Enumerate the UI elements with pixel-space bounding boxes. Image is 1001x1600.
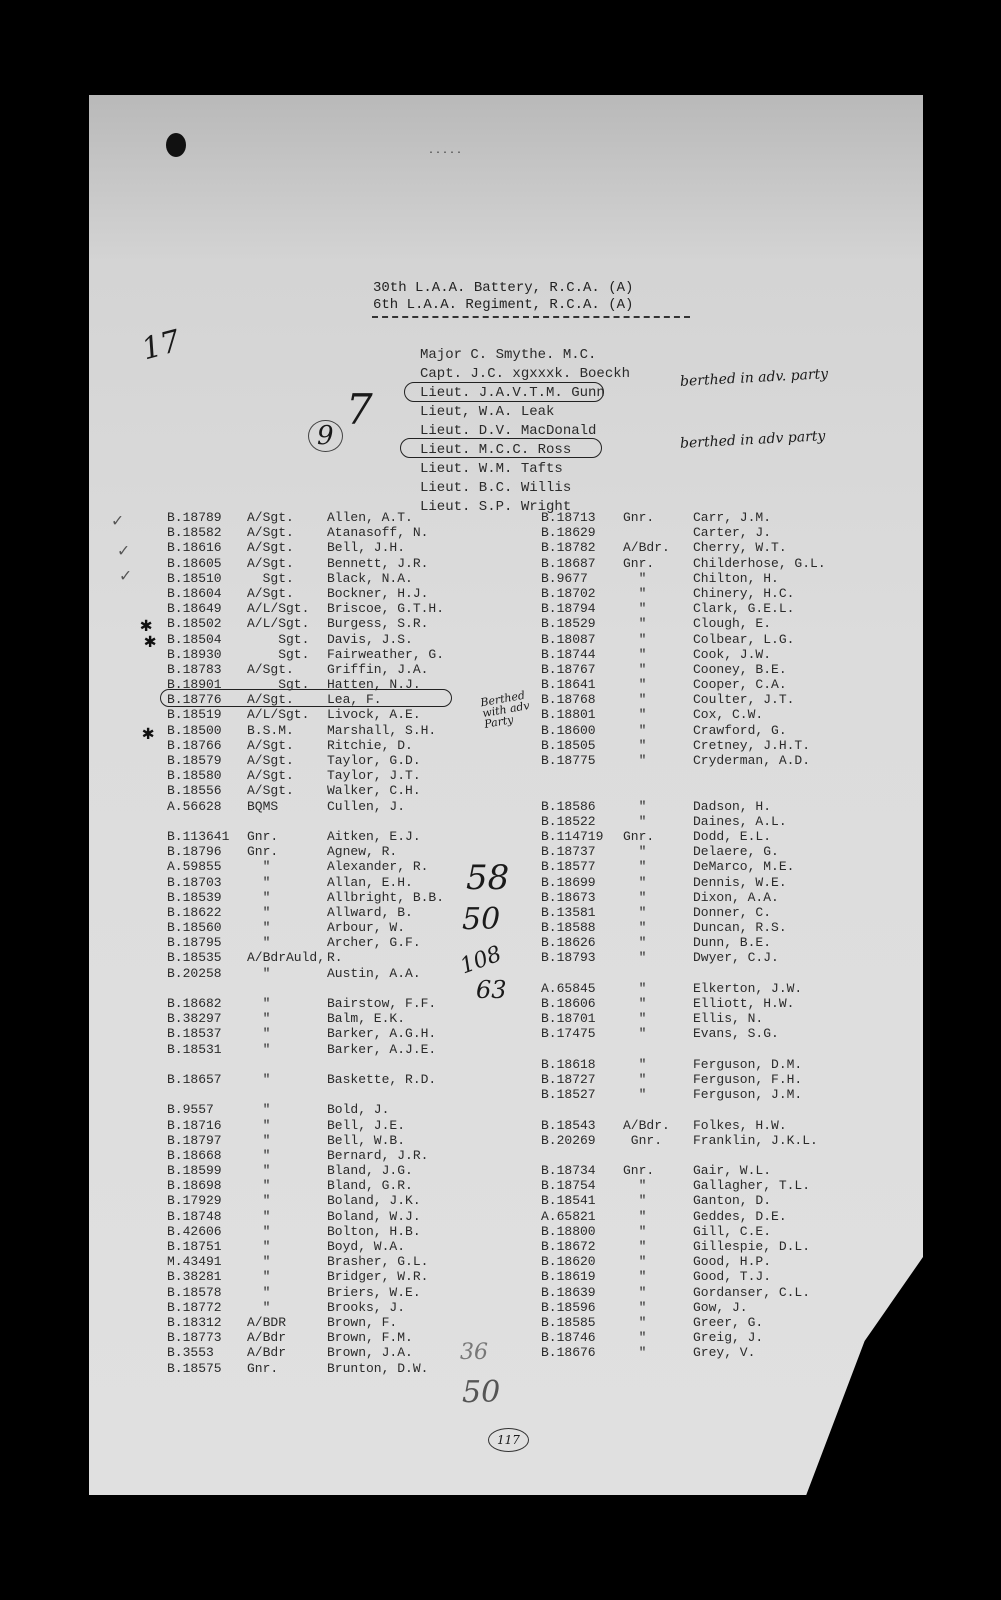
roster-name: Ferguson, J.M. [693,1087,802,1102]
check-mark: ✓ [120,565,131,587]
roster-row: B.18767 "Cooney, B.E. [541,662,826,677]
roster-rank: " [623,707,693,722]
roster-num: B.18505 [541,738,623,753]
roster-num: B.38297 [167,1011,247,1026]
roster-row: B.18713Gnr.Carr, J.M. [541,510,826,525]
row-gap [167,1057,444,1072]
star-mark: ✱ [144,628,156,654]
roster-rank: " [623,616,693,631]
roster-row: B.18539 "Allbright, B.B. [167,890,444,905]
roster-row: B.18797 "Bell, W.B. [167,1133,444,1148]
roster-rank: " [623,814,693,829]
roster-name: Boland, W.J. [327,1209,421,1224]
roster-name: Gill, C.E. [693,1224,771,1239]
roster-num: B.18522 [541,814,623,829]
roster-num: B.13581 [541,905,623,920]
roster-name: Ellis, N. [693,1011,763,1026]
roster-num: B.17475 [541,1026,623,1041]
annotation-63: 63 [476,976,507,1004]
roster-name: Dennis, W.E. [693,875,787,890]
roster-rank: BQMS [247,799,327,814]
roster-rank: " [247,1042,327,1057]
roster-row: B.18616A/Sgt.Bell, J.H. [167,540,444,555]
roster-num: B.18560 [167,920,247,935]
roster-row: B.18682 "Bairstow, F.F. [167,996,444,1011]
roster-num: B.18703 [167,875,247,890]
roster-name: Franklin, J.K.L. [693,1133,818,1148]
roster-rank: " [247,996,327,1011]
annotation-circled-9: 9 [308,420,343,452]
roster-rank: " [623,1315,693,1330]
roster-rank: " [623,1193,693,1208]
roster-rank: Gnr. [623,829,693,844]
roster-num: B.18773 [167,1330,247,1345]
roster-rank: " [623,950,693,965]
roster-row: B.18676 "Grey, V. [541,1345,826,1360]
roster-name: Cherry, W.T. [693,540,787,555]
roster-name: Brooks, J. [327,1300,405,1315]
roster-rank: " [623,920,693,935]
roster-num: B.18504 [167,632,247,647]
roster-row: B.18629Carter, J. [541,525,826,540]
roster-name: Allen, A.T. [327,510,413,525]
roster-num: B.18600 [541,723,623,738]
roster-row: B.18535A/BdrAuld,R. [167,950,444,965]
roster-name: Geddes, D.E. [693,1209,787,1224]
roster-row: B.18702 "Chinery, H.C. [541,586,826,601]
roster-name: Brown, F.M. [327,1330,413,1345]
roster-name: Cox, C.W. [693,707,763,722]
roster-row: B.38281 "Bridger, W.R. [167,1269,444,1284]
roster-num: B.18767 [541,662,623,677]
roster-num: B.18579 [167,753,247,768]
roster-rank: A/Sgt. [247,586,327,601]
roster-row: B.18641 "Cooper, C.A. [541,677,826,692]
roster-name: Allbright, B.B. [327,890,444,905]
roster-row: B.18766A/Sgt.Ritchie, D. [167,738,444,753]
roster-rank: Gnr. [247,1361,327,1376]
roster-rank: A/Sgt. [247,540,327,555]
roster-rank: A/Sgt. [247,768,327,783]
row-gap [167,814,444,829]
roster-name: Bold, J. [327,1102,389,1117]
roster-name: Brunton, D.W. [327,1361,428,1376]
roster-num: B.18698 [167,1178,247,1193]
officer-row: Lieut. B.C. Willis [420,479,630,498]
roster-row: B.18687Gnr.Childerhose, G.L. [541,556,826,571]
roster-name: Cullen, J. [327,799,405,814]
roster-row: B.18543A/Bdr.Folkes, H.W. [541,1118,826,1133]
roster-num: B.18605 [167,556,247,571]
roster-rank: Gnr. [623,510,693,525]
roster-name: Good, H.P. [693,1254,771,1269]
roster-name: Allan, E.H. [327,875,413,890]
roster-name: Ritchie, D. [327,738,413,753]
roster-num: B.18626 [541,935,623,950]
roster-name: Elkerton, J.W. [693,981,802,996]
roster-rank: " [623,799,693,814]
roster-row: B.18783A/Sgt.Griffin, J.A. [167,662,444,677]
roster-num: B.18529 [541,616,623,631]
roster-rank: A/Bdr. [623,1118,693,1133]
roster-rank: " [247,1163,327,1178]
roster-name: Boland, J.K. [327,1193,421,1208]
roster-rank: A/Sgt. [247,753,327,768]
roster-rank: " [247,966,327,981]
roster-name: Crawford, G. [693,723,787,738]
roster-num: B.18751 [167,1239,247,1254]
roster-num: B.18673 [541,890,623,905]
roster-name: Brown, F. [327,1315,397,1330]
roster-num: B.18701 [541,1011,623,1026]
roster-name: Davis, J.S. [327,632,413,647]
roster-num: B.18797 [167,1133,247,1148]
roster-rank: Sgt. [247,571,327,586]
roster-num: B.3553 [167,1345,247,1360]
roster-row: B.18794 "Clark, G.E.L. [541,601,826,616]
roster-name: Dwyer, C.J. [693,950,779,965]
roster-row: B.18801 "Cox, C.W. [541,707,826,722]
roster-rank: A/Sgt. [247,738,327,753]
roster-row: B.18751 "Boyd, W.A. [167,1239,444,1254]
roster-row: B.18622 "Allward, B. [167,905,444,920]
row-gap [541,966,826,981]
roster-rank: " [623,1345,693,1360]
roster-rank: " [623,1224,693,1239]
roster-num: A.56628 [167,799,247,814]
roster-name: Cryderman, A.D. [693,753,810,768]
roster-name: Arbour, W. [327,920,405,935]
roster-name: Bockner, H.J. [327,586,428,601]
roster-name: Bell, J.H. [327,540,405,555]
roster-row: B.17475 "Evans, S.G. [541,1026,826,1041]
roster-name: Ferguson, D.M. [693,1057,802,1072]
roster-row: B.18531 "Barker, A.J.E. [167,1042,444,1057]
roster-name: Childerhose, G.L. [693,556,826,571]
roster-num: A.65845 [541,981,623,996]
roster-name: Delaere, G. [693,844,779,859]
roster-name: Livock, A.E. [327,707,421,722]
roster-num: B.18537 [167,1026,247,1041]
roster-row: B.9677 "Chilton, H. [541,571,826,586]
roster-row: B.20258 "Austin, A.A. [167,966,444,981]
roster-num: B.18783 [167,662,247,677]
roster-name: Barker, A.J.E. [327,1042,436,1057]
row-gap [541,768,826,783]
annotation-7: 7 [346,385,373,434]
roster-name: Clark, G.E.L. [693,601,794,616]
roster-rank: " [623,996,693,1011]
roster-row: B.18577 "DeMarco, M.E. [541,859,826,874]
officer-row: Major C. Smythe. M.C. [420,346,630,365]
roster-num: B.18800 [541,1224,623,1239]
roster-name: Evans, S.G. [693,1026,779,1041]
row-gap [541,783,826,798]
roster-rank: A/Bdr [247,1345,327,1360]
roster-rank: Gnr. [623,556,693,571]
roster-name: Duncan, R.S. [693,920,787,935]
roster-num: B.18782 [541,540,623,555]
roster-row: B.18775 "Cryderman, A.D. [541,753,826,768]
roster-row: A.56628BQMSCullen, J. [167,799,444,814]
roster-row: B.113641Gnr.Aitken, E.J. [167,829,444,844]
roster-name: Bland, G.R. [327,1178,413,1193]
roster-row: B.18586 "Dadson, H. [541,799,826,814]
roster-rank: " [623,677,693,692]
roster-num: B.18676 [541,1345,623,1360]
roster-row: B.18701 "Ellis, N. [541,1011,826,1026]
roster-rank: " [623,1285,693,1300]
roster-row: B.18087 "Colbear, L.G. [541,632,826,647]
roster-row: B.18793 "Dwyer, C.J. [541,950,826,965]
roster-rank: " [247,1193,327,1208]
roster-num: B.18766 [167,738,247,753]
roster-name: Taylor, G.D. [327,753,421,768]
roster-rank: " [247,1102,327,1117]
roster-row: B.18626 "Dunn, B.E. [541,935,826,950]
roster-name: Daines, A.L. [693,814,787,829]
star-mark: ✱ [142,720,154,746]
roster-num: B.18716 [167,1118,247,1133]
roster-name: Gillespie, D.L. [693,1239,810,1254]
roster-rank: " [623,753,693,768]
roster-name: Barker, A.G.H. [327,1026,436,1041]
roster-rank: " [623,1026,693,1041]
roster-num: B.20258 [167,966,247,981]
roster-num: B.18699 [541,875,623,890]
roster-num: B.18734 [541,1163,623,1178]
roster-num: B.18737 [541,844,623,859]
roster-num: B.18772 [167,1300,247,1315]
roster-num: B.18754 [541,1178,623,1193]
roster-num: B.18657 [167,1072,247,1087]
roster-row: B.18606 "Elliott, H.W. [541,996,826,1011]
roster-row: B.18588 "Duncan, R.S. [541,920,826,935]
roster-num: B.18746 [541,1330,623,1345]
roster-rank: " [247,1118,327,1133]
roster-rank: " [247,1148,327,1163]
roster-rank: " [623,905,693,920]
roster-row: B.18604A/Sgt.Bockner, H.J. [167,586,444,601]
roster-name: Baskette, R.D. [327,1072,436,1087]
roster-name: Burgess, S.R. [327,616,428,631]
right-roster-column: B.18713Gnr.Carr, J.M.B.18629Carter, J.B.… [541,510,826,1361]
roster-row: B.18672 "Gillespie, D.L. [541,1239,826,1254]
roster-rank: Gnr. [247,829,327,844]
roster-rank: " [623,738,693,753]
roster-name: Grey, V. [693,1345,755,1360]
roster-num: B.18744 [541,647,623,662]
roster-name: Walker, C.H. [327,783,421,798]
roster-rank: " [623,1011,693,1026]
roster-name: Bell, J.E. [327,1118,405,1133]
roster-rank: " [247,905,327,920]
roster-num: B.18616 [167,540,247,555]
roster-num: B.18596 [541,1300,623,1315]
roster-name: Greig, J. [693,1330,763,1345]
roster-name: Briscoe, G.T.H. [327,601,444,616]
roster-num: B.18794 [541,601,623,616]
roster-rank: " [247,1269,327,1284]
roster-rank: " [623,1254,693,1269]
roster-name: Briers, W.E. [327,1285,421,1300]
roster-row: B.18657 "Baskette, R.D. [167,1072,444,1087]
roster-rank: A/BdrAuld, [247,950,327,965]
annotation-circled-117: 117 [488,1428,529,1452]
roster-rank: " [623,647,693,662]
annotation-36: 36 [460,1340,488,1365]
roster-row: B.18519A/L/Sgt.Livock, A.E. [167,707,444,722]
roster-rank: " [623,692,693,707]
roster-row: A.59855 "Alexander, R. [167,859,444,874]
roster-row: B.18312A/BDRBrown, F. [167,1315,444,1330]
roster-name: Aitken, E.J. [327,829,421,844]
check-mark: ✓ [112,510,123,532]
roster-num: B.18795 [167,935,247,950]
roster-name: Bland, J.G. [327,1163,413,1178]
roster-name: Ganton, D. [693,1193,771,1208]
roster-name: Greer, G. [693,1315,763,1330]
roster-rank: A/L/Sgt. [247,601,327,616]
roster-name: Donner, C. [693,905,771,920]
roster-row: B.18673 "Dixon, A.A. [541,890,826,905]
roster-row: B.18560 "Arbour, W. [167,920,444,935]
roster-row: B.18703 "Allan, E.H. [167,875,444,890]
roster-num: B.9557 [167,1102,247,1117]
roster-rank: " [623,1300,693,1315]
roster-num: B.18641 [541,677,623,692]
roster-name: Colbear, L.G. [693,632,794,647]
roster-rank: " [623,935,693,950]
roster-name: Taylor, J.T. [327,768,421,783]
roster-row: B.18699 "Dennis, W.E. [541,875,826,890]
roster-row: B.18772 "Brooks, J. [167,1300,444,1315]
roster-name: Bernard, J.R. [327,1148,428,1163]
roster-num: B.18768 [541,692,623,707]
roster-name: Chinery, H.C. [693,586,794,601]
roster-row: B.18768 "Coulter, J.T. [541,692,826,707]
roster-row: B.18585 "Greer, G. [541,1315,826,1330]
roster-row: B.38297 "Balm, E.K. [167,1011,444,1026]
roster-row: B.18748 "Boland, W.J. [167,1209,444,1224]
roster-num: B.18502 [167,616,247,631]
roster-rank: " [623,586,693,601]
roster-num: B.114719 [541,829,623,844]
roster-row: B.18639 "Gordanser, C.L. [541,1285,826,1300]
roster-row: B.18505 "Cretney, J.H.T. [541,738,826,753]
roster-num: B.18930 [167,647,247,662]
roster-row: B.18649A/L/Sgt.Briscoe, G.T.H. [167,601,444,616]
roster-row: B.18502A/L/Sgt.Burgess, S.R. [167,616,444,631]
roster-row: B.9557 "Bold, J. [167,1102,444,1117]
roster-row: B.18727 "Ferguson, F.H. [541,1072,826,1087]
roster-name: Gallagher, T.L. [693,1178,810,1193]
roster-num: B.18649 [167,601,247,616]
roster-row: M.43491 "Brasher, G.L. [167,1254,444,1269]
annotation-58: 58 [466,858,509,898]
roster-name: Fairweather, G. [327,647,444,662]
roster-num: A.59855 [167,859,247,874]
roster-name: Brasher, G.L. [327,1254,428,1269]
roster-rank: " [247,1026,327,1041]
roster-row: B.18668 "Bernard, J.R. [167,1148,444,1163]
roster-num: B.18796 [167,844,247,859]
roster-num: B.18582 [167,525,247,540]
roster-rank: " [623,844,693,859]
roster-rank: A/L/Sgt. [247,707,327,722]
roster-num: B.38281 [167,1269,247,1284]
roster-name: Ferguson, F.H. [693,1072,802,1087]
roster-rank: A/Bdr [247,1330,327,1345]
roster-row: B.18795 "Archer, G.F. [167,935,444,950]
roster-row: B.18537 "Barker, A.G.H. [167,1026,444,1041]
roster-rank: B.S.M. [247,723,327,738]
roster-rank: " [623,1087,693,1102]
roster-rank: A/BDR [247,1315,327,1330]
roster-row: B.18541 "Ganton, D. [541,1193,826,1208]
roster-num: B.18531 [167,1042,247,1057]
roster-name: Black, N.A. [327,571,413,586]
roster-row: B.18529 "Clough, E. [541,616,826,631]
roster-name: Austin, A.A. [327,966,421,981]
roster-row: B.18596 "Gow, J. [541,1300,826,1315]
roster-row: B.18618 "Ferguson, D.M. [541,1057,826,1072]
roster-num: B.20269 [541,1133,623,1148]
roster-rank: " [247,1254,327,1269]
roster-rank: " [623,875,693,890]
roster-name: DeMarco, M.E. [693,859,794,874]
roster-row: B.42606 "Bolton, H.B. [167,1224,444,1239]
circled-hatten [160,689,452,707]
row-gap [167,1087,444,1102]
battery-title: 30th L.A.A. Battery, R.C.A. (A) [373,280,633,297]
roster-num: B.18789 [167,510,247,525]
roster-row: B.18754 "Gallagher, T.L. [541,1178,826,1193]
roster-row: A.65845 "Elkerton, J.W. [541,981,826,996]
roster-row: B.18578 "Briers, W.E. [167,1285,444,1300]
roster-row: B.18504 Sgt.Davis, J.S. [167,632,444,647]
roster-name: Dodd, E.L. [693,829,771,844]
roster-num: B.18541 [541,1193,623,1208]
roster-num: B.18622 [167,905,247,920]
roster-rank: " [247,1285,327,1300]
roster-rank: Gnr. [623,1133,693,1148]
roster-name: Chilton, H. [693,571,779,586]
roster-name: Gow, J. [693,1300,748,1315]
roster-name: Griffin, J.A. [327,662,428,677]
roster-rank: " [247,935,327,950]
check-mark: ✓ [118,540,129,562]
roster-rank: " [247,1300,327,1315]
roster-name: Cretney, J.H.T. [693,738,810,753]
roster-rank: " [623,662,693,677]
roster-num: B.113641 [167,829,247,844]
roster-num: B.18599 [167,1163,247,1178]
roster-rank: " [247,1224,327,1239]
roster-rank: " [623,981,693,996]
roster-name: Folkes, H.W. [693,1118,787,1133]
roster-rank: " [623,1269,693,1284]
roster-num: B.18500 [167,723,247,738]
roster-num: B.18748 [167,1209,247,1224]
roster-rank: " [247,1209,327,1224]
roster-name: Bolton, H.B. [327,1224,421,1239]
roster-num: B.18527 [541,1087,623,1102]
roster-num: B.18087 [541,632,623,647]
roster-rank: " [623,890,693,905]
roster-row: B.18500B.S.M.Marshall, S.H. [167,723,444,738]
roster-num: B.18775 [541,753,623,768]
